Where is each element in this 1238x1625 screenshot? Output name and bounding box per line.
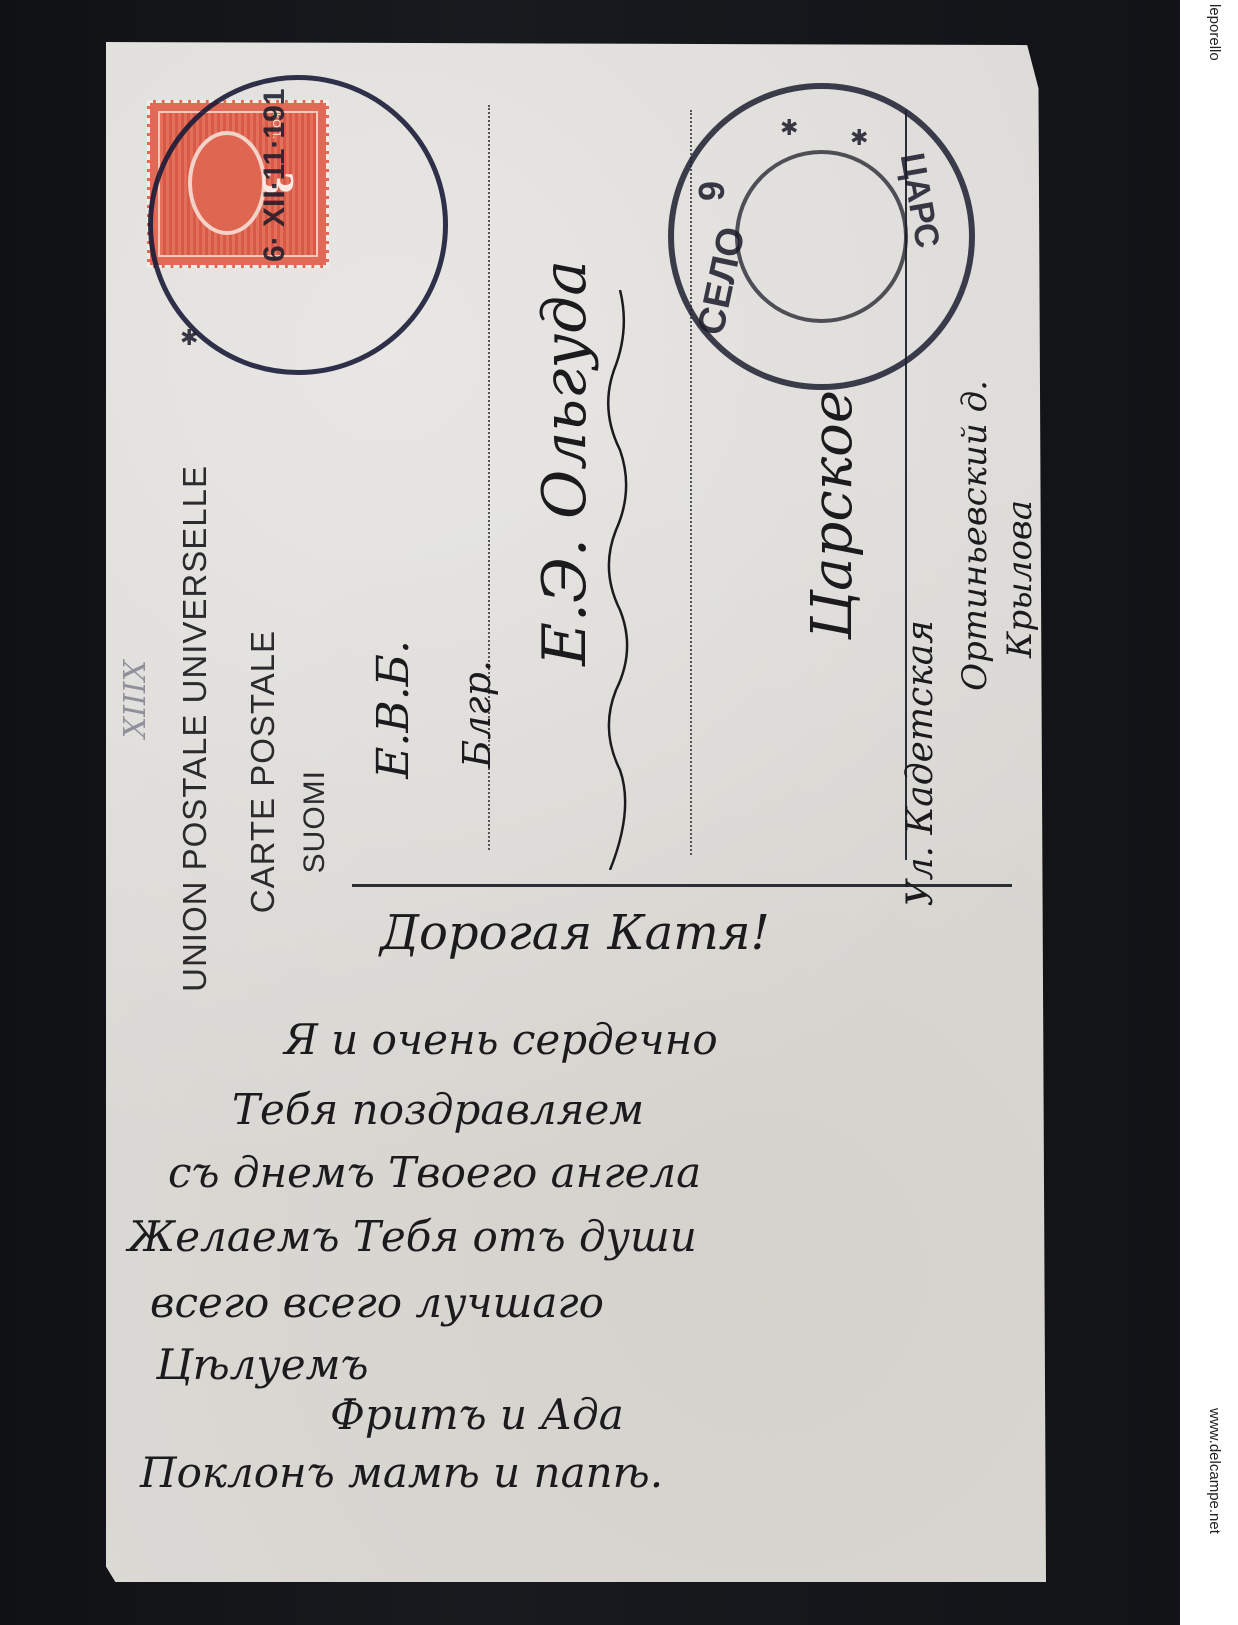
- pencil-note: XIIIX: [118, 660, 153, 738]
- message-line: Тебя поздравляем: [232, 1085, 644, 1134]
- watermark-top: leporello: [1206, 4, 1223, 61]
- postmark-right-inner-ring: [735, 150, 908, 323]
- address-line-2: Блгр.: [455, 660, 499, 768]
- message-postscript: Поклонъ мамѣ и папѣ.: [140, 1448, 663, 1497]
- address-line-1: Е.В.Б.: [368, 640, 419, 779]
- address-city: Царское: [800, 390, 865, 640]
- address-line-3: Е.Э. Ольгуда: [530, 260, 600, 666]
- message-line: всего всего лучшаго: [150, 1278, 604, 1327]
- postmark-star-icon: ✱: [850, 125, 868, 151]
- printed-upu: UNION POSTALE UNIVERSELLE: [176, 465, 214, 992]
- message-line: Желаемъ Тебя отъ души: [128, 1212, 697, 1261]
- message-signature: Фритъ и Ада: [330, 1390, 624, 1439]
- address-line-6: Крылова: [1000, 500, 1040, 658]
- underline-flourish: [600, 290, 640, 870]
- message-line: Я и очень сердечно: [284, 1015, 718, 1064]
- message-line: Цѣлуемъ: [156, 1340, 368, 1389]
- address-line-4: Ул. Кадетская: [900, 620, 941, 906]
- printed-carte-postale: CARTE POSTALE: [244, 630, 282, 913]
- postmark-right-number: 9: [691, 181, 733, 201]
- postmark-star-icon: ✱: [180, 325, 198, 351]
- message-line: съ днемъ Твоего ангела: [168, 1148, 701, 1197]
- watermark-bottom: www.delcampe.net: [1206, 1408, 1223, 1534]
- postmark-star-icon: ✱: [780, 115, 798, 141]
- address-line-5: Ортиньевский д.: [955, 380, 995, 691]
- printed-suomi: SUOMI: [298, 770, 332, 873]
- watermark-strip: [1180, 0, 1238, 1625]
- message-greeting: Дорогая Катя!: [380, 905, 770, 961]
- postmark-left-date: 6· XII·11·191: [258, 89, 292, 262]
